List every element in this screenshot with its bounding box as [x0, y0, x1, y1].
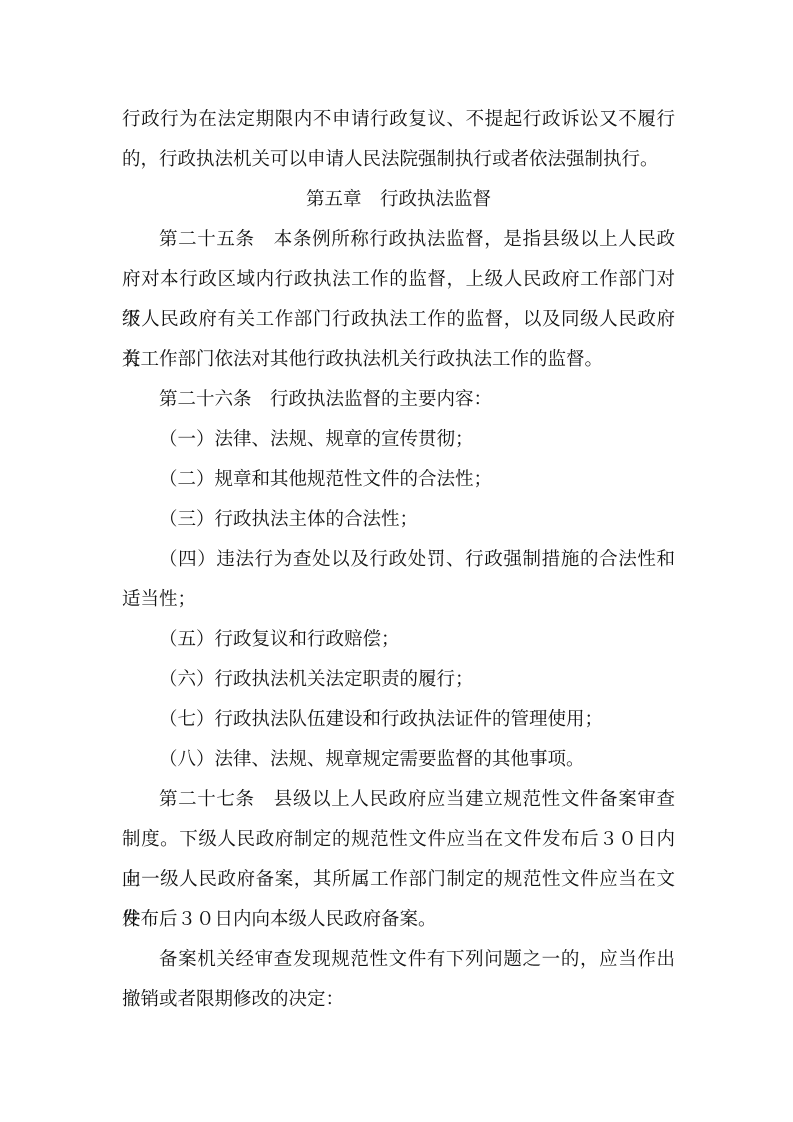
article-27-line: 撤销或者限期修改的决定： — [122, 980, 675, 1020]
article-27-line: 第二十七条 县级以上人民政府应当建立规范性文件备案审查 — [122, 780, 675, 820]
article-27-line: 上一级人民政府备案，其所属工作部门制定的规范性文件应当在文件 — [122, 860, 675, 900]
document-page: 行政行为在法定期限内不申请行政复议、不提起行政诉讼又不履行的，行政执法机关可以申… — [0, 0, 793, 1122]
list-item-8: （八）法律、法规、规章规定需要监督的其他事项。 — [122, 740, 675, 780]
list-item-5: （五）行政复议和行政赔偿； — [122, 620, 675, 660]
list-item-4: （四）违法行为查处以及行政处罚、行政强制措施的合法性和 — [122, 540, 675, 580]
list-item-6: （六）行政执法机关法定职责的履行； — [122, 660, 675, 700]
text-line: 的，行政执法机关可以申请人民法院强制执行或者依法强制执行。 — [122, 140, 675, 180]
article-25-line: 第二十五条 本条例所称行政执法监督，是指县级以上人民政 — [122, 220, 675, 260]
list-item-4: 适当性； — [122, 580, 675, 620]
article-25-line: 府对本行政区域内行政执法工作的监督，上级人民政府工作部门对下 — [122, 260, 675, 300]
article-27-line: 制度。下级人民政府制定的规范性文件应当在文件发布后３０日内向 — [122, 820, 675, 860]
article-27-line: 备案机关经审查发现规范性文件有下列问题之一的，应当作出 — [122, 940, 675, 980]
list-item-2: （二）规章和其他规范性文件的合法性； — [122, 460, 675, 500]
list-item-7: （七）行政执法队伍建设和行政执法证件的管理使用； — [122, 700, 675, 740]
article-25-line: 关工作部门依法对其他行政执法机关行政执法工作的监督。 — [122, 340, 675, 380]
text-line: 行政行为在法定期限内不申请行政复议、不提起行政诉讼又不履行 — [122, 100, 675, 140]
list-item-1: （一）法律、法规、规章的宣传贯彻； — [122, 420, 675, 460]
article-25-line: 级人民政府有关工作部门行政执法工作的监督，以及同级人民政府有 — [122, 300, 675, 340]
article-26-line: 第二十六条 行政执法监督的主要内容： — [122, 380, 675, 420]
chapter-heading: 第五章 行政执法监督 — [122, 180, 675, 220]
article-27-line: 发布后３０日内向本级人民政府备案。 — [122, 900, 675, 940]
list-item-3: （三）行政执法主体的合法性； — [122, 500, 675, 540]
document-body: 行政行为在法定期限内不申请行政复议、不提起行政诉讼又不履行的，行政执法机关可以申… — [122, 100, 675, 1020]
